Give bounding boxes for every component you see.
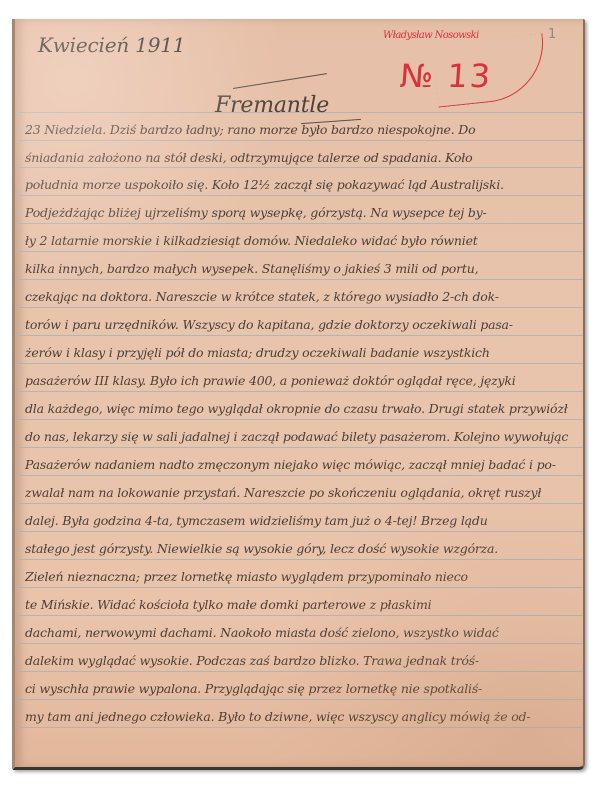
ruled-line [15, 615, 583, 616]
red-signature-flourish [432, 33, 549, 107]
text-line: stałego jest górzysty. Niewielkie są wys… [25, 541, 573, 556]
ruled-line [15, 419, 583, 420]
ruled-line [15, 140, 583, 141]
title-flourish [233, 73, 327, 89]
ruled-line [15, 671, 583, 672]
ruled-line [15, 727, 583, 728]
ruled-line [15, 503, 583, 504]
ruled-line [15, 391, 583, 392]
text-line: dla każdego, więc mimo tego wyglądał okr… [25, 401, 573, 416]
text-line: pasażerów III klasy. Było ich prawie 400… [25, 373, 573, 388]
header-date: Kwiecień 1911 [38, 33, 185, 57]
text-line: zwalał nam na lokowanie przystań. Naresz… [25, 485, 573, 500]
text-line: ły 2 latarnie morskie i kilkadziesiąt do… [25, 233, 573, 248]
text-line: Zieleń nieznaczna; przez lornetkę miasto… [25, 569, 573, 584]
text-line: dalekim wyglądać wysokie. Podczas zaś ba… [25, 653, 573, 668]
text-line: kilka innych, bardzo małych wysepek. Sta… [25, 261, 573, 276]
ruled-line [15, 195, 583, 196]
ruled-line [15, 559, 583, 560]
text-line: Podjeżdżając bliżej ujrzeliśmy sporą wys… [25, 205, 573, 220]
page-title: Fremantle [215, 93, 329, 118]
text-line: te Mińskie. Widać kościoła tylko małe do… [25, 597, 573, 612]
text-line: my tam ani jednego człowieka. Było to dz… [25, 709, 573, 724]
text-line: 23 Niedziela. Dziś bardzo ładny; rano mo… [25, 122, 573, 137]
ruled-line [15, 335, 583, 336]
ruled-line [15, 699, 583, 700]
text-line: żerów i klasy i przyjęli pół do miasta; … [25, 345, 573, 360]
text-line: ci wyschła prawie wypalona. Przyglądając… [25, 681, 573, 696]
ruled-line [15, 307, 583, 308]
ruled-line [15, 279, 583, 280]
ruled-line [15, 251, 583, 252]
ruled-line [15, 223, 583, 224]
text-line: czekając na doktora. Nareszcie w krótce … [25, 289, 573, 304]
ruled-line [15, 531, 583, 532]
text-line: Pasażerów nadaniem nadto zmęczonym nieja… [25, 457, 573, 472]
text-line: śniadania założono na stół deski, odtrzy… [25, 150, 573, 165]
text-line: dalej. Była godzina 4-ta, tymczasem widz… [25, 513, 573, 528]
scanned-document: Kwiecień 1911 1 Władysław Nosowski № 13 … [0, 0, 600, 787]
red-signature: Władysław Nosowski [383, 30, 479, 41]
ruled-line [15, 475, 583, 476]
text-line: do nas, lekarzy się w sali jadalnej i za… [25, 429, 573, 444]
ruled-line [15, 363, 583, 364]
text-line: torów i paru urzędników. Wszyscy do kapi… [25, 317, 573, 332]
ruled-line [15, 167, 583, 168]
text-line: południa morze uspokoiło się. Koło 12½ z… [25, 177, 573, 192]
ruled-line [15, 587, 583, 588]
ruled-line [15, 447, 583, 448]
page-number: 1 [548, 27, 556, 42]
ruled-line [15, 643, 583, 644]
text-line: dachami, nerwowymi dachami. Naokoło mias… [25, 625, 573, 640]
diary-page: Kwiecień 1911 1 Władysław Nosowski № 13 … [12, 19, 585, 770]
